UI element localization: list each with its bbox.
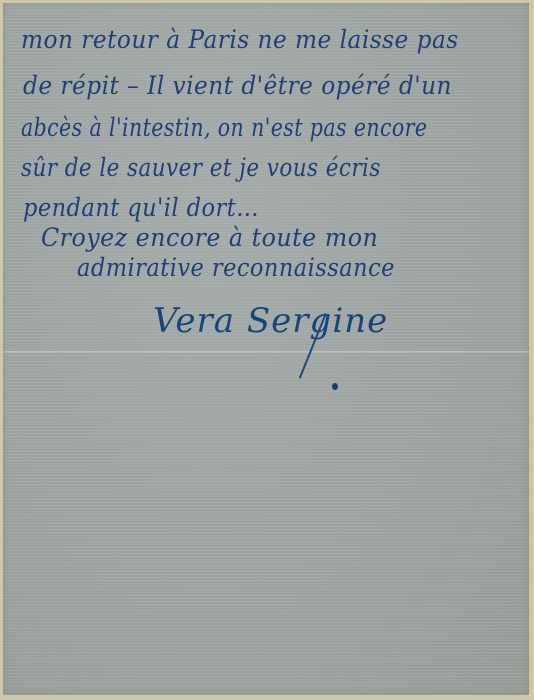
letter-line-5: pendant qu'il dort… xyxy=(23,193,259,222)
ink-dot xyxy=(332,383,338,390)
letter-closing-line-2: admirative reconnaissance xyxy=(77,253,395,282)
signature: Vera Sergine xyxy=(153,301,388,341)
letter-page: mon retour à Paris ne me laisse pas de r… xyxy=(3,3,529,695)
paper-fold-crease xyxy=(3,351,529,353)
letter-line-3: abcès à l'intestin, on n'est pas encore xyxy=(21,113,427,142)
letter-closing-line-1: Croyez encore à toute mon xyxy=(41,223,378,252)
letter-line-2: de répit – Il vient d'être opéré d'un xyxy=(23,71,452,100)
letter-line-4: sûr de le sauver et je vous écris xyxy=(21,153,381,182)
letter-line-1: mon retour à Paris ne me laisse pas xyxy=(21,25,459,54)
